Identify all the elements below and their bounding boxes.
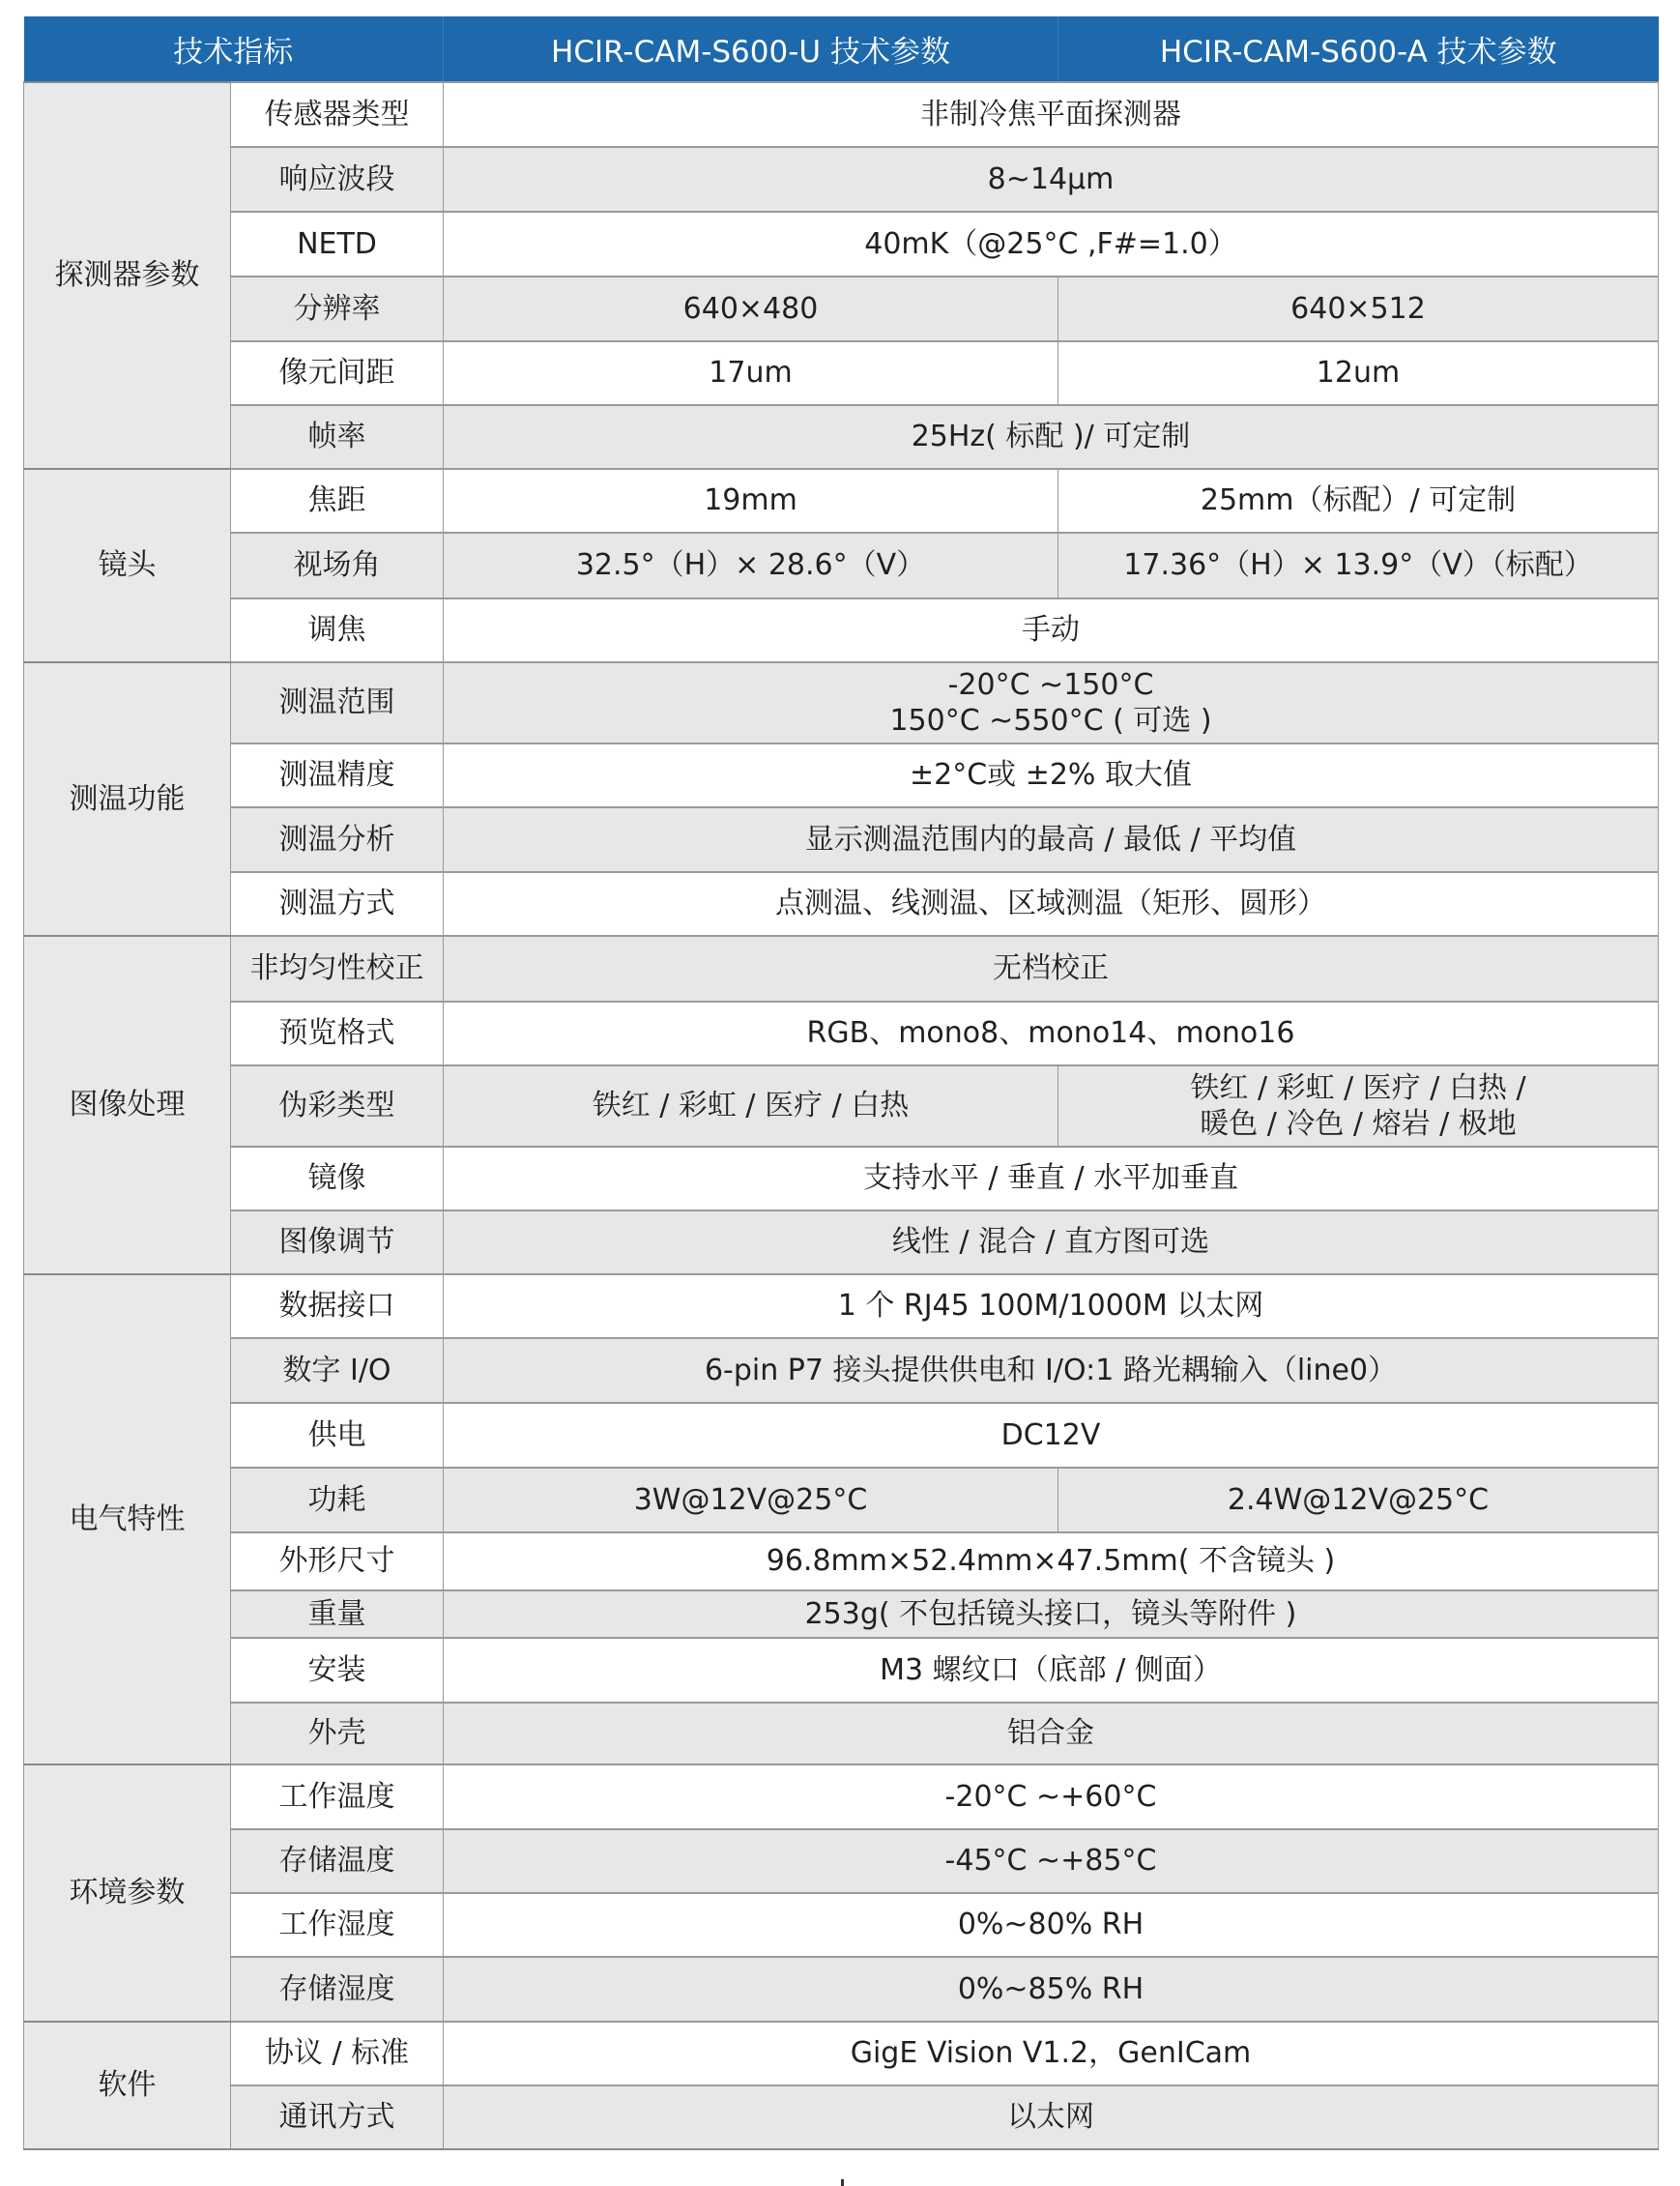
table-row: 镜头 焦距 19mm 25mm（标配）/ 可定制: [24, 469, 1659, 533]
row-label: 调焦: [231, 598, 444, 662]
row-label: 测温方式: [231, 872, 444, 936]
table-row: 软件 协议 / 标准 GigE Vision V1.2，GenICam: [24, 2022, 1659, 2085]
row-value: 40mK（@25°C ,F#=1.0）: [444, 212, 1659, 277]
row-label: 安装: [231, 1638, 444, 1703]
table-row: 通讯方式 以太网: [24, 2085, 1659, 2149]
row-value: 253g( 不包括镜头接口，镜头等附件 ): [444, 1590, 1659, 1638]
category-lens: 镜头: [24, 469, 231, 662]
row-label: 非均匀性校正: [231, 936, 444, 1002]
row-label: 工作温度: [231, 1764, 444, 1829]
row-value: RGB、mono8、mono14、mono16: [444, 1002, 1659, 1065]
row-value: 线性 / 混合 / 直方图可选: [444, 1210, 1659, 1274]
table-row: 测温精度 ±2°C或 ±2% 取大值: [24, 743, 1659, 807]
row-value: 6-pin P7 接头提供供电和 I/O:1 路光耦输入（line0）: [444, 1338, 1659, 1403]
row-value: GigE Vision V1.2，GenICam: [444, 2022, 1659, 2085]
table-row: 安装 M3 螺纹口（底部 / 侧面）: [24, 1638, 1659, 1703]
row-label: 工作湿度: [231, 1893, 444, 1957]
row-value-a: 640×512: [1058, 277, 1659, 341]
row-label: 分辨率: [231, 277, 444, 341]
row-value: 96.8mm×52.4mm×47.5mm( 不含镜头 ): [444, 1532, 1659, 1590]
table-header-row: 技术指标 HCIR-CAM-S600-U 技术参数 HCIR-CAM-S600-…: [24, 16, 1659, 82]
row-value: ±2°C或 ±2% 取大值: [444, 743, 1659, 807]
row-value: 显示测温范围内的最高 / 最低 / 平均值: [444, 807, 1659, 872]
category-image-processing: 图像处理: [24, 936, 231, 1274]
table-row: 响应波段 8~14μm: [24, 147, 1659, 212]
table-row: 视场角 32.5°（H）× 28.6°（V） 17.36°（H）× 13.9°（…: [24, 533, 1659, 598]
row-label: 测温精度: [231, 743, 444, 807]
table-row: 环境参数 工作温度 -20°C ~+60°C: [24, 1764, 1659, 1829]
table-row: 探测器参数 传感器类型 非制冷焦平面探测器: [24, 82, 1659, 147]
row-value-a: 17.36°（H）× 13.9°（V）（标配）: [1058, 533, 1659, 598]
row-label: 视场角: [231, 533, 444, 598]
row-label: 供电: [231, 1403, 444, 1468]
row-label: 数字 I/O: [231, 1338, 444, 1403]
table-row: 伪彩类型 铁红 / 彩虹 / 医疗 / 白热 铁红 / 彩虹 / 医疗 / 白热…: [24, 1065, 1659, 1147]
row-value: -45°C ~+85°C: [444, 1829, 1659, 1893]
value-line-2: 150°C ~550°C ( 可选 ): [444, 703, 1658, 740]
header-model-a: HCIR-CAM-S600-A 技术参数: [1058, 16, 1659, 82]
table-row: 测温功能 测温范围 -20°C ~150°C 150°C ~550°C ( 可选…: [24, 662, 1659, 743]
table-row: 电气特性 数据接口 1 个 RJ45 100M/1000M 以太网: [24, 1274, 1659, 1338]
row-value-u: 32.5°（H）× 28.6°（V）: [444, 533, 1058, 598]
row-label: 焦距: [231, 469, 444, 533]
row-label: 图像调节: [231, 1210, 444, 1274]
table-row: 数字 I/O 6-pin P7 接头提供供电和 I/O:1 路光耦输入（line…: [24, 1338, 1659, 1403]
table-row: 功耗 3W@12V@25°C 2.4W@12V@25°C: [24, 1468, 1659, 1532]
table-row: 工作湿度 0%~80% RH: [24, 1893, 1659, 1957]
row-label: 存储湿度: [231, 1957, 444, 2022]
table-row: 分辨率 640×480 640×512: [24, 277, 1659, 341]
category-temperature: 测温功能: [24, 662, 231, 936]
table-row: 测温分析 显示测温范围内的最高 / 最低 / 平均值: [24, 807, 1659, 872]
row-value: 支持水平 / 垂直 / 水平加垂直: [444, 1147, 1659, 1210]
row-label: 数据接口: [231, 1274, 444, 1338]
table-row: NETD 40mK（@25°C ,F#=1.0）: [24, 212, 1659, 277]
row-label: 预览格式: [231, 1002, 444, 1065]
row-value-u: 铁红 / 彩虹 / 医疗 / 白热: [444, 1065, 1058, 1147]
row-value: 点测温、线测温、区域测温（矩形、圆形）: [444, 872, 1659, 936]
category-detector: 探测器参数: [24, 82, 231, 469]
row-label: NETD: [231, 212, 444, 277]
row-value-u: 3W@12V@25°C: [444, 1468, 1058, 1532]
row-label: 功耗: [231, 1468, 444, 1532]
table-row: 供电 DC12V: [24, 1403, 1659, 1468]
row-value: 以太网: [444, 2085, 1659, 2149]
table-row: 存储湿度 0%~85% RH: [24, 1957, 1659, 2022]
row-value-u: 17um: [444, 341, 1058, 405]
row-value: 铝合金: [444, 1703, 1659, 1764]
row-label: 帧率: [231, 405, 444, 469]
table-row: 重量 253g( 不包括镜头接口，镜头等附件 ): [24, 1590, 1659, 1638]
table-row: 帧率 25Hz( 标配 )/ 可定制: [24, 405, 1659, 469]
row-value: 手动: [444, 598, 1659, 662]
row-value-a: 铁红 / 彩虹 / 医疗 / 白热 / 暖色 / 冷色 / 熔岩 / 极地: [1058, 1065, 1659, 1147]
spec-table: 技术指标 HCIR-CAM-S600-U 技术参数 HCIR-CAM-S600-…: [23, 16, 1659, 2150]
table-row: 外形尺寸 96.8mm×52.4mm×47.5mm( 不含镜头 ): [24, 1532, 1659, 1590]
table-row: 图像处理 非均匀性校正 无档校正: [24, 936, 1659, 1002]
table-row: 调焦 手动: [24, 598, 1659, 662]
row-value: 0%~80% RH: [444, 1893, 1659, 1957]
header-spec: 技术指标: [24, 16, 444, 82]
row-value-u: 19mm: [444, 469, 1058, 533]
table-row: 镜像 支持水平 / 垂直 / 水平加垂直: [24, 1147, 1659, 1210]
row-value: 8~14μm: [444, 147, 1659, 212]
table-row: 外壳 铝合金: [24, 1703, 1659, 1764]
row-label: 伪彩类型: [231, 1065, 444, 1147]
category-software: 软件: [24, 2022, 231, 2149]
table-row: 像元间距 17um 12um: [24, 341, 1659, 405]
row-value: -20°C ~+60°C: [444, 1764, 1659, 1829]
table-row: 图像调节 线性 / 混合 / 直方图可选: [24, 1210, 1659, 1274]
row-value-a: 2.4W@12V@25°C: [1058, 1468, 1659, 1532]
row-label: 像元间距: [231, 341, 444, 405]
category-environment: 环境参数: [24, 1764, 231, 2022]
row-label: 外壳: [231, 1703, 444, 1764]
table-row: 测温方式 点测温、线测温、区域测温（矩形、圆形）: [24, 872, 1659, 936]
row-value: 0%~85% RH: [444, 1957, 1659, 2022]
row-label: 协议 / 标准: [231, 2022, 444, 2085]
row-value: 1 个 RJ45 100M/1000M 以太网: [444, 1274, 1659, 1338]
row-label: 重量: [231, 1590, 444, 1638]
row-value: DC12V: [444, 1403, 1659, 1468]
row-value: M3 螺纹口（底部 / 侧面）: [444, 1638, 1659, 1703]
row-label: 通讯方式: [231, 2085, 444, 2149]
row-label: 存储温度: [231, 1829, 444, 1893]
page-mark: [841, 2179, 844, 2186]
row-value-u: 640×480: [444, 277, 1058, 341]
row-label: 镜像: [231, 1147, 444, 1210]
row-label: 测温分析: [231, 807, 444, 872]
row-value-a: 25mm（标配）/ 可定制: [1058, 469, 1659, 533]
row-value-a: 12um: [1058, 341, 1659, 405]
row-value: 无档校正: [444, 936, 1659, 1002]
header-model-u: HCIR-CAM-S600-U 技术参数: [444, 16, 1058, 82]
value-line-2: 暖色 / 冷色 / 熔岩 / 极地: [1058, 1106, 1658, 1143]
row-value: -20°C ~150°C 150°C ~550°C ( 可选 ): [444, 662, 1659, 743]
row-label: 外形尺寸: [231, 1532, 444, 1590]
row-value: 非制冷焦平面探测器: [444, 82, 1659, 147]
category-electrical: 电气特性: [24, 1274, 231, 1764]
row-label: 传感器类型: [231, 82, 444, 147]
row-value: 25Hz( 标配 )/ 可定制: [444, 405, 1659, 469]
table-row: 预览格式 RGB、mono8、mono14、mono16: [24, 1002, 1659, 1065]
row-label: 测温范围: [231, 662, 444, 743]
value-line-1: 铁红 / 彩虹 / 医疗 / 白热 /: [1058, 1070, 1658, 1107]
row-label: 响应波段: [231, 147, 444, 212]
table-row: 存储温度 -45°C ~+85°C: [24, 1829, 1659, 1893]
value-line-1: -20°C ~150°C: [444, 667, 1658, 704]
